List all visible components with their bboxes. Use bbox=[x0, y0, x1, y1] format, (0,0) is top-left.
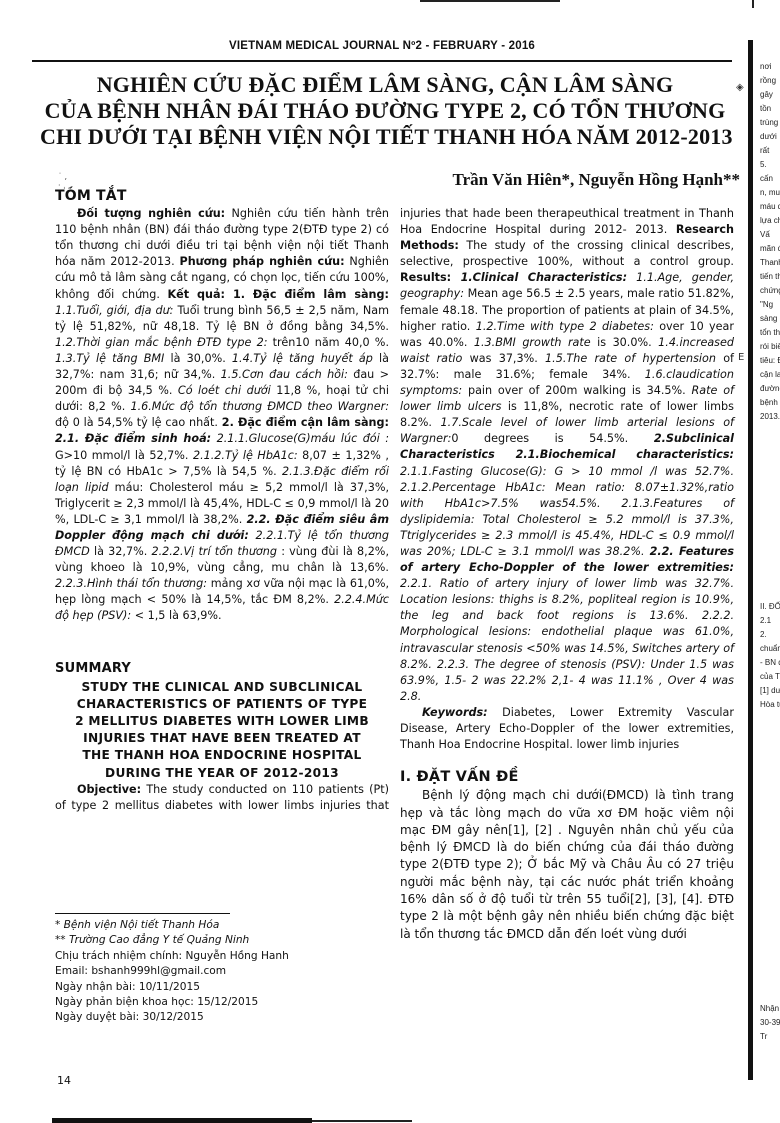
right-column: injuries that hade been therapeuthical t… bbox=[400, 206, 734, 943]
date-approved: Ngày duyệt bài: 30/12/2015 bbox=[55, 1010, 389, 1025]
scan-bottom-edge-thin bbox=[312, 1120, 412, 1122]
running-head: VIETNAM MEDICAL JOURNAL Nº2 - FEBRUARY -… bbox=[32, 40, 732, 52]
date-received: Ngày nhận bài: 10/11/2015 bbox=[55, 980, 389, 995]
corresponding-author: Chịu trách nhiệm chính: Nguyễn Hồng Hanh bbox=[55, 949, 389, 964]
title-line: CHI DƯỚI TẠI BỆNH VIỆN NỘI TIẾT THANH HÓ… bbox=[40, 124, 730, 150]
date-reviewed: Ngày phản biện khoa học: 15/12/2015 bbox=[55, 995, 389, 1010]
email: Email: bshanh999hl@gmail.com bbox=[55, 964, 389, 979]
keywords: Keywords: Diabetes, Lower Extremity Vasc… bbox=[400, 705, 734, 753]
footnote-rule bbox=[55, 913, 230, 914]
page-number: 14 bbox=[57, 1074, 71, 1087]
margin-mark: E bbox=[738, 352, 744, 363]
adjacent-page-bleed-lower: II. ĐỐI T2.12.chuẩn gi- BN đucủa Tổ[1] d… bbox=[760, 600, 780, 1044]
summary-objective-start: Objective: The study conducted on 110 pa… bbox=[55, 782, 389, 814]
intro-body: Bệnh lý động mạch chi dưới(ĐMCD) là tình… bbox=[400, 787, 734, 943]
summary-body: injuries that hade been therapeuthical t… bbox=[400, 206, 734, 705]
scan-edge-tick bbox=[752, 0, 754, 8]
summary-heading: SUMMARY bbox=[55, 661, 389, 677]
footnotes: * Bệnh viện Nội tiết Thanh Hóa ** Trường… bbox=[55, 913, 389, 1026]
summary-title: STUDY THE CLINICAL AND SUBCLINICAL CHARA… bbox=[55, 679, 389, 782]
page-gutter-shadow bbox=[748, 40, 753, 1080]
adjacent-page-bleed: nơirồnggâytồntrùngdướirất5.cấnn, mumáu d… bbox=[760, 60, 780, 424]
header-rule bbox=[32, 60, 732, 62]
intro-heading: I. ĐẶT VẤN ĐỀ bbox=[400, 769, 734, 785]
abstract-vi-heading: TÓM TẮT bbox=[55, 188, 389, 204]
scan-bottom-edge bbox=[52, 1118, 312, 1123]
scan-edge-mark bbox=[420, 0, 560, 2]
article-title: NGHIÊN CỨU ĐẶC ĐIỂM LÂM SÀNG, CẬN LÂM SÀ… bbox=[40, 72, 730, 150]
left-column: TÓM TẮT Đối tượng nghiên cứu: Nghiên cứu… bbox=[55, 188, 389, 814]
title-line: CỦA BỆNH NHÂN ĐÁI THÁO ĐƯỜNG TYPE 2, CÓ … bbox=[40, 98, 730, 124]
registration-mark-icon: ◈ bbox=[736, 82, 744, 93]
author-list: Trần Văn Hiên*, Nguyễn Hồng Hạnh** bbox=[400, 170, 740, 190]
affiliation-2: ** Trường Cao đẳng Y tế Quảng Ninh bbox=[55, 933, 389, 948]
abstract-vi-body: Đối tượng nghiên cứu: Nghiên cứu tiến hà… bbox=[55, 206, 389, 624]
affiliation-1: * Bệnh viện Nội tiết Thanh Hóa bbox=[55, 918, 389, 933]
title-line: NGHIÊN CỨU ĐẶC ĐIỂM LÂM SÀNG, CẬN LÂM SÀ… bbox=[40, 72, 730, 98]
